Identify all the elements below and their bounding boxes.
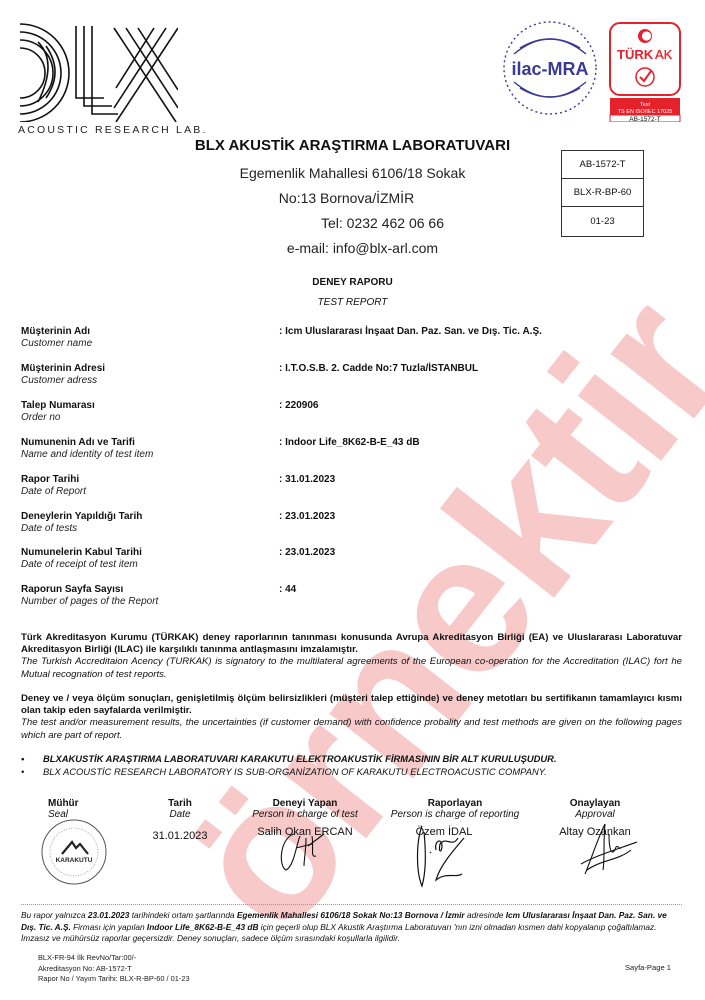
ilac-mra-badge: ilac-MRA [500,18,600,118]
date-column: Tarih Date 31.01.2023 [145,798,215,842]
stamp-icon: KARAKUTU [40,818,108,886]
results-text-tr: Deney ve / veya ölçüm sonuçları, genişle… [21,693,682,716]
disclaimer: Bu rapor yalnızca 23.01.2023 tarihindeki… [21,910,682,945]
svg-text:TÜRK: TÜRK [617,47,654,62]
page-number: Sayfa-Page 1 [625,963,671,972]
field-label: Rapor Tarihi [21,474,79,485]
field-page-count: Raporun Sayfa Sayısı Number of pages of … [21,584,681,616]
field-label: Müşterinin Adı [21,326,90,337]
signature-icon [412,822,482,892]
report-title: DENEY RAPORU [0,277,705,288]
accreditation-code: AB-1572-T [562,151,643,179]
field-label-en: Date of receipt of test item [21,559,138,570]
field-test-item: Numunenin Adı ve Tarifi Name and identit… [21,437,681,469]
accreditation-paragraph: Türk Akreditasyon Kurumu (TÜRKAK) deney … [21,632,682,681]
field-test-date: Deneylerin Yapıldığı Tarih Date of tests… [21,511,681,543]
ilac-mra-icon: ilac-MRA [500,18,600,118]
signature-icon [272,826,332,876]
blx-logo [18,22,178,140]
field-value: : 23.01.2023 [279,547,335,558]
issue-code: 01-23 [562,207,643,236]
seal-column: Mühür Seal [40,798,95,820]
tester-signature [272,826,332,881]
footer-divider [21,904,682,905]
blx-logo-icon [18,22,178,122]
field-order-no: Talep Numarası Order no : 220906 [21,400,681,432]
field-label-en: Customer adress [21,375,97,386]
field-value: : Indoor Life_8K62-B-E_43 dB [279,437,420,448]
svg-text:TS EN ISO/IEC 17025: TS EN ISO/IEC 17025 [618,109,673,115]
form-code: BLX-FR-94 İlk RevNo/Tar:00/- [38,953,190,964]
field-report-date: Rapor Tarihi Date of Report : 31.01.2023 [21,474,681,506]
signature-date: 31.01.2023 [145,830,215,842]
field-value: : 23.01.2023 [279,511,335,522]
bullet-item: • BLXAKUSTİK ARAŞTIRMA LABORATUVARI KARA… [21,753,682,766]
svg-text:AB-1572-T: AB-1572-T [629,116,660,122]
field-label-en: Date of tests [21,523,77,534]
logo-tagline: ACOUSTIC RESEARCH LAB. [18,124,208,136]
results-paragraph: Deney ve / veya ölçüm sonuçları, genişle… [21,693,682,742]
approver-signature [575,820,645,885]
footer-form-info: BLX-FR-94 İlk RevNo/Tar:00/- Akreditasyo… [38,953,190,985]
report-subtitle: TEST REPORT [0,297,705,308]
field-label-en: Order no [21,412,60,423]
reporter-signature [412,822,482,897]
reference-box: AB-1572-T BLX-R-BP-60 01-23 [561,150,644,237]
field-label: Talep Numarası [21,400,95,411]
field-label: Raporun Sayfa Sayısı [21,584,123,595]
field-label: Numunenin Adı ve Tarifi [21,437,135,448]
field-value: : 44 [279,584,296,595]
field-label-en: Name and identity of test item [21,449,153,460]
field-label: Numunelerin Kabul Tarihi [21,547,142,558]
field-receipt-date: Numunelerin Kabul Tarihi Date of receipt… [21,547,681,579]
svg-text:ilac-MRA: ilac-MRA [511,59,588,79]
bullet-item: • BLX ACOUSTİC RESEARCH LABORATORY IS SU… [21,766,682,779]
svg-text:Test: Test [640,102,651,108]
field-label-en: Number of pages of the Report [21,596,158,607]
accreditation-text-tr: Türk Akreditasyon Kurumu (TÜRKAK) deney … [21,632,682,655]
field-label: Deneylerin Yapıldığı Tarih [21,511,142,522]
turkak-badge: TÜRK AK Test TS EN ISO/IEC 17025 AB-1572… [609,22,681,122]
svg-text:AK: AK [655,47,673,62]
field-customer-address: Müşterinin Adresi Customer adress : I.T.… [21,363,681,395]
field-label-en: Customer name [21,338,92,349]
accreditation-no: Akreditasyon No: AB-1572-T [38,964,190,975]
svg-text:KARAKUTU: KARAKUTU [56,857,93,864]
results-text-en: The test and/or measurement results, the… [21,717,682,740]
field-label: Müşterinin Adresi [21,363,105,374]
report-no-date: Rapor No / Yayım Tarihi: BLX-R-BP-60 / 0… [38,974,190,985]
field-value: : 220906 [279,400,318,411]
field-customer-name: Müşterinin Adı Customer name : Icm Ulusl… [21,326,681,358]
bullet-icon: • [21,753,24,766]
email-address[interactable]: e-mail: info@blx-arl.com [10,240,705,256]
bullet-list: • BLXAKUSTİK ARAŞTIRMA LABORATUVARI KARA… [21,753,682,778]
field-value: : 31.01.2023 [279,474,335,485]
field-label-en: Date of Report [21,486,86,497]
field-value: : I.T.O.S.B. 2. Cadde No:7 Tuzla/İSTANBU… [279,363,478,374]
report-code: BLX-R-BP-60 [562,179,643,207]
turkak-icon: TÜRK AK Test TS EN ISO/IEC 17025 AB-1572… [609,22,681,122]
company-stamp: KARAKUTU [40,818,108,886]
bullet-icon: • [21,766,24,779]
accreditation-text-en: The Turkish Accreditaion Acency (TURKAK)… [21,656,682,679]
field-value: : Icm Uluslararası İnşaat Dan. Paz. San.… [279,326,542,337]
signature-icon [575,820,645,880]
